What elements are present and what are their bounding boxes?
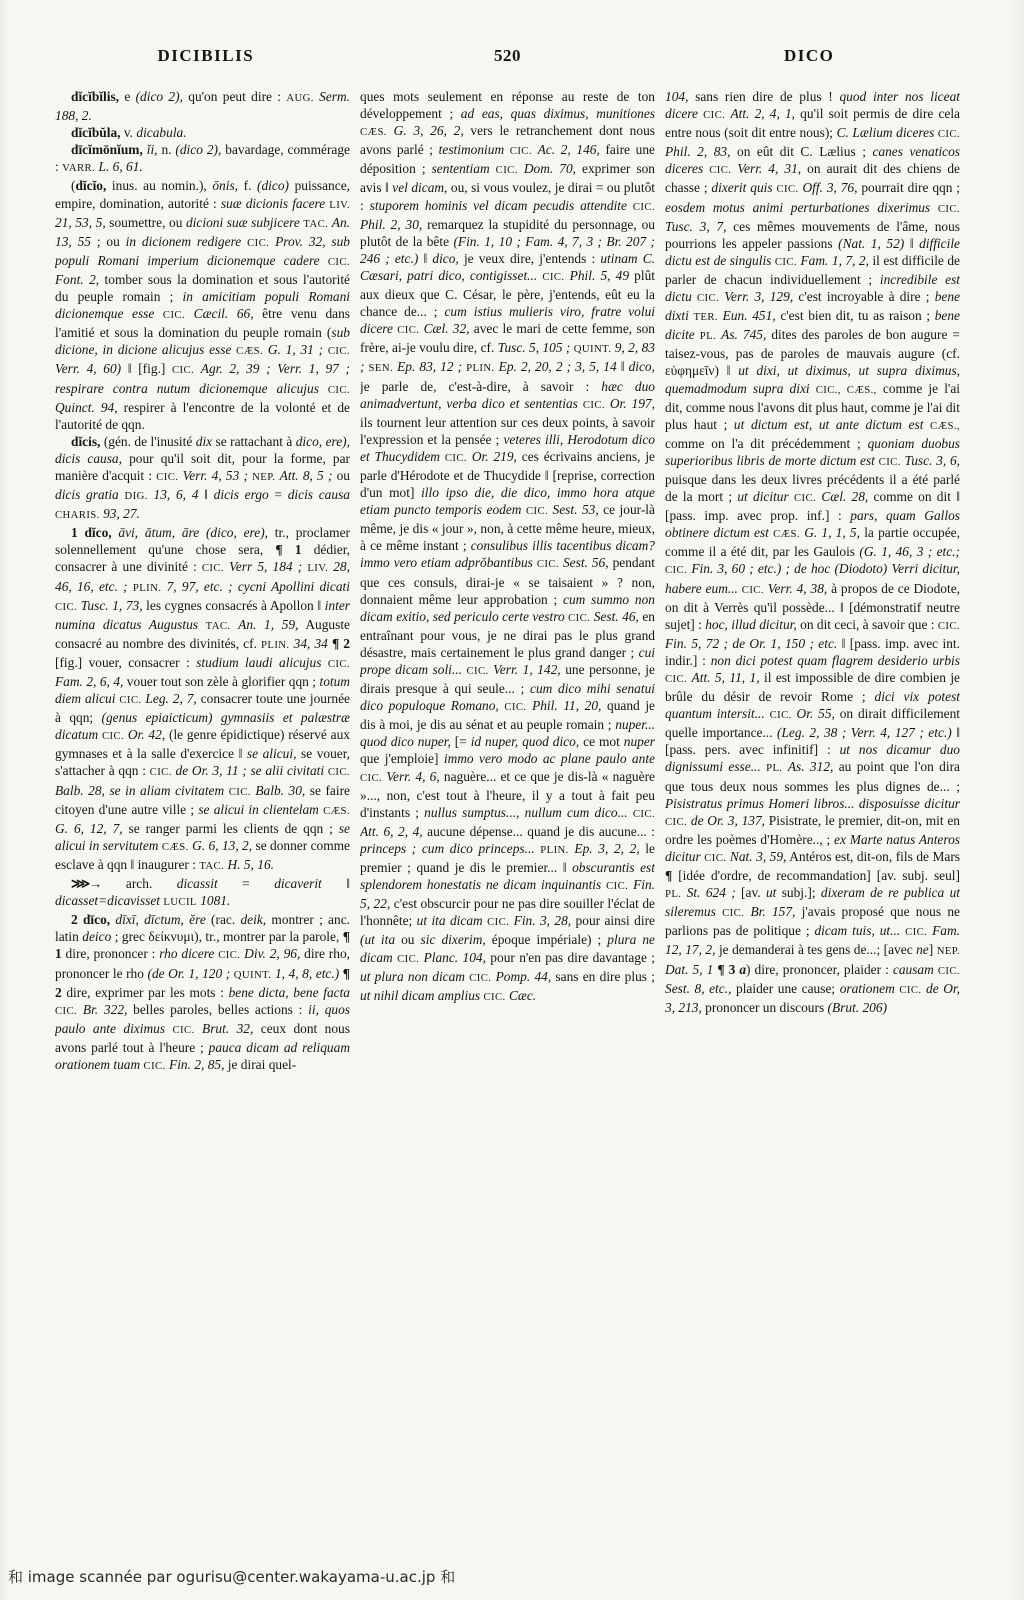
dictionary-paragraph: 2 dīco, dīxī, dīctum, ĕre (rac. deik, mo… — [55, 911, 350, 1075]
text-columns: dĭcĭbĭlis, e (dico 2), qu'on peut dire :… — [55, 88, 960, 1550]
dictionary-paragraph: dīcĭmōnĭum, ĭi, n. (dico 2), bavardage, … — [55, 141, 350, 177]
column-2: ques mots seulement en réponse au reste … — [360, 88, 655, 1550]
running-header: DICIBILIS 520 DICO — [55, 46, 960, 66]
dictionary-paragraph: ⋙→ arch. dicassit = dicaverit ‖ dicasset… — [55, 875, 350, 911]
dictionary-paragraph: dĭcĭbŭla, v. dicabula. — [55, 124, 350, 141]
dictionary-paragraph: 104, sans rien dire de plus ! quod inter… — [665, 88, 960, 1016]
dictionary-paragraph: 1 dĭco, āvi, ātum, āre (dico, ere), tr.,… — [55, 524, 350, 875]
column-1: dĭcĭbĭlis, e (dico 2), qu'on peut dire :… — [55, 88, 350, 1550]
header-left-word: DICIBILIS — [55, 46, 357, 66]
dictionary-paragraph: dĭcĭbĭlis, e (dico 2), qu'on peut dire :… — [55, 88, 350, 124]
scanned-dictionary-page: DICIBILIS 520 DICO dĭcĭbĭlis, e (dico 2)… — [0, 0, 1024, 1600]
page-number: 520 — [357, 46, 659, 66]
header-right-word: DICO — [658, 46, 960, 66]
scan-credit-line: 和 image scannée par ogurisu@center.wakay… — [8, 1566, 455, 1587]
dictionary-paragraph: (dĭcĭo, inus. au nomin.), ōnis, f. (dico… — [55, 177, 350, 432]
column-3: 104, sans rien dire de plus ! quod inter… — [665, 88, 960, 1550]
dictionary-paragraph: dĭcis, (gén. de l'inusité dix se rattach… — [55, 433, 350, 524]
dictionary-paragraph: ques mots seulement en réponse au reste … — [360, 88, 655, 1006]
